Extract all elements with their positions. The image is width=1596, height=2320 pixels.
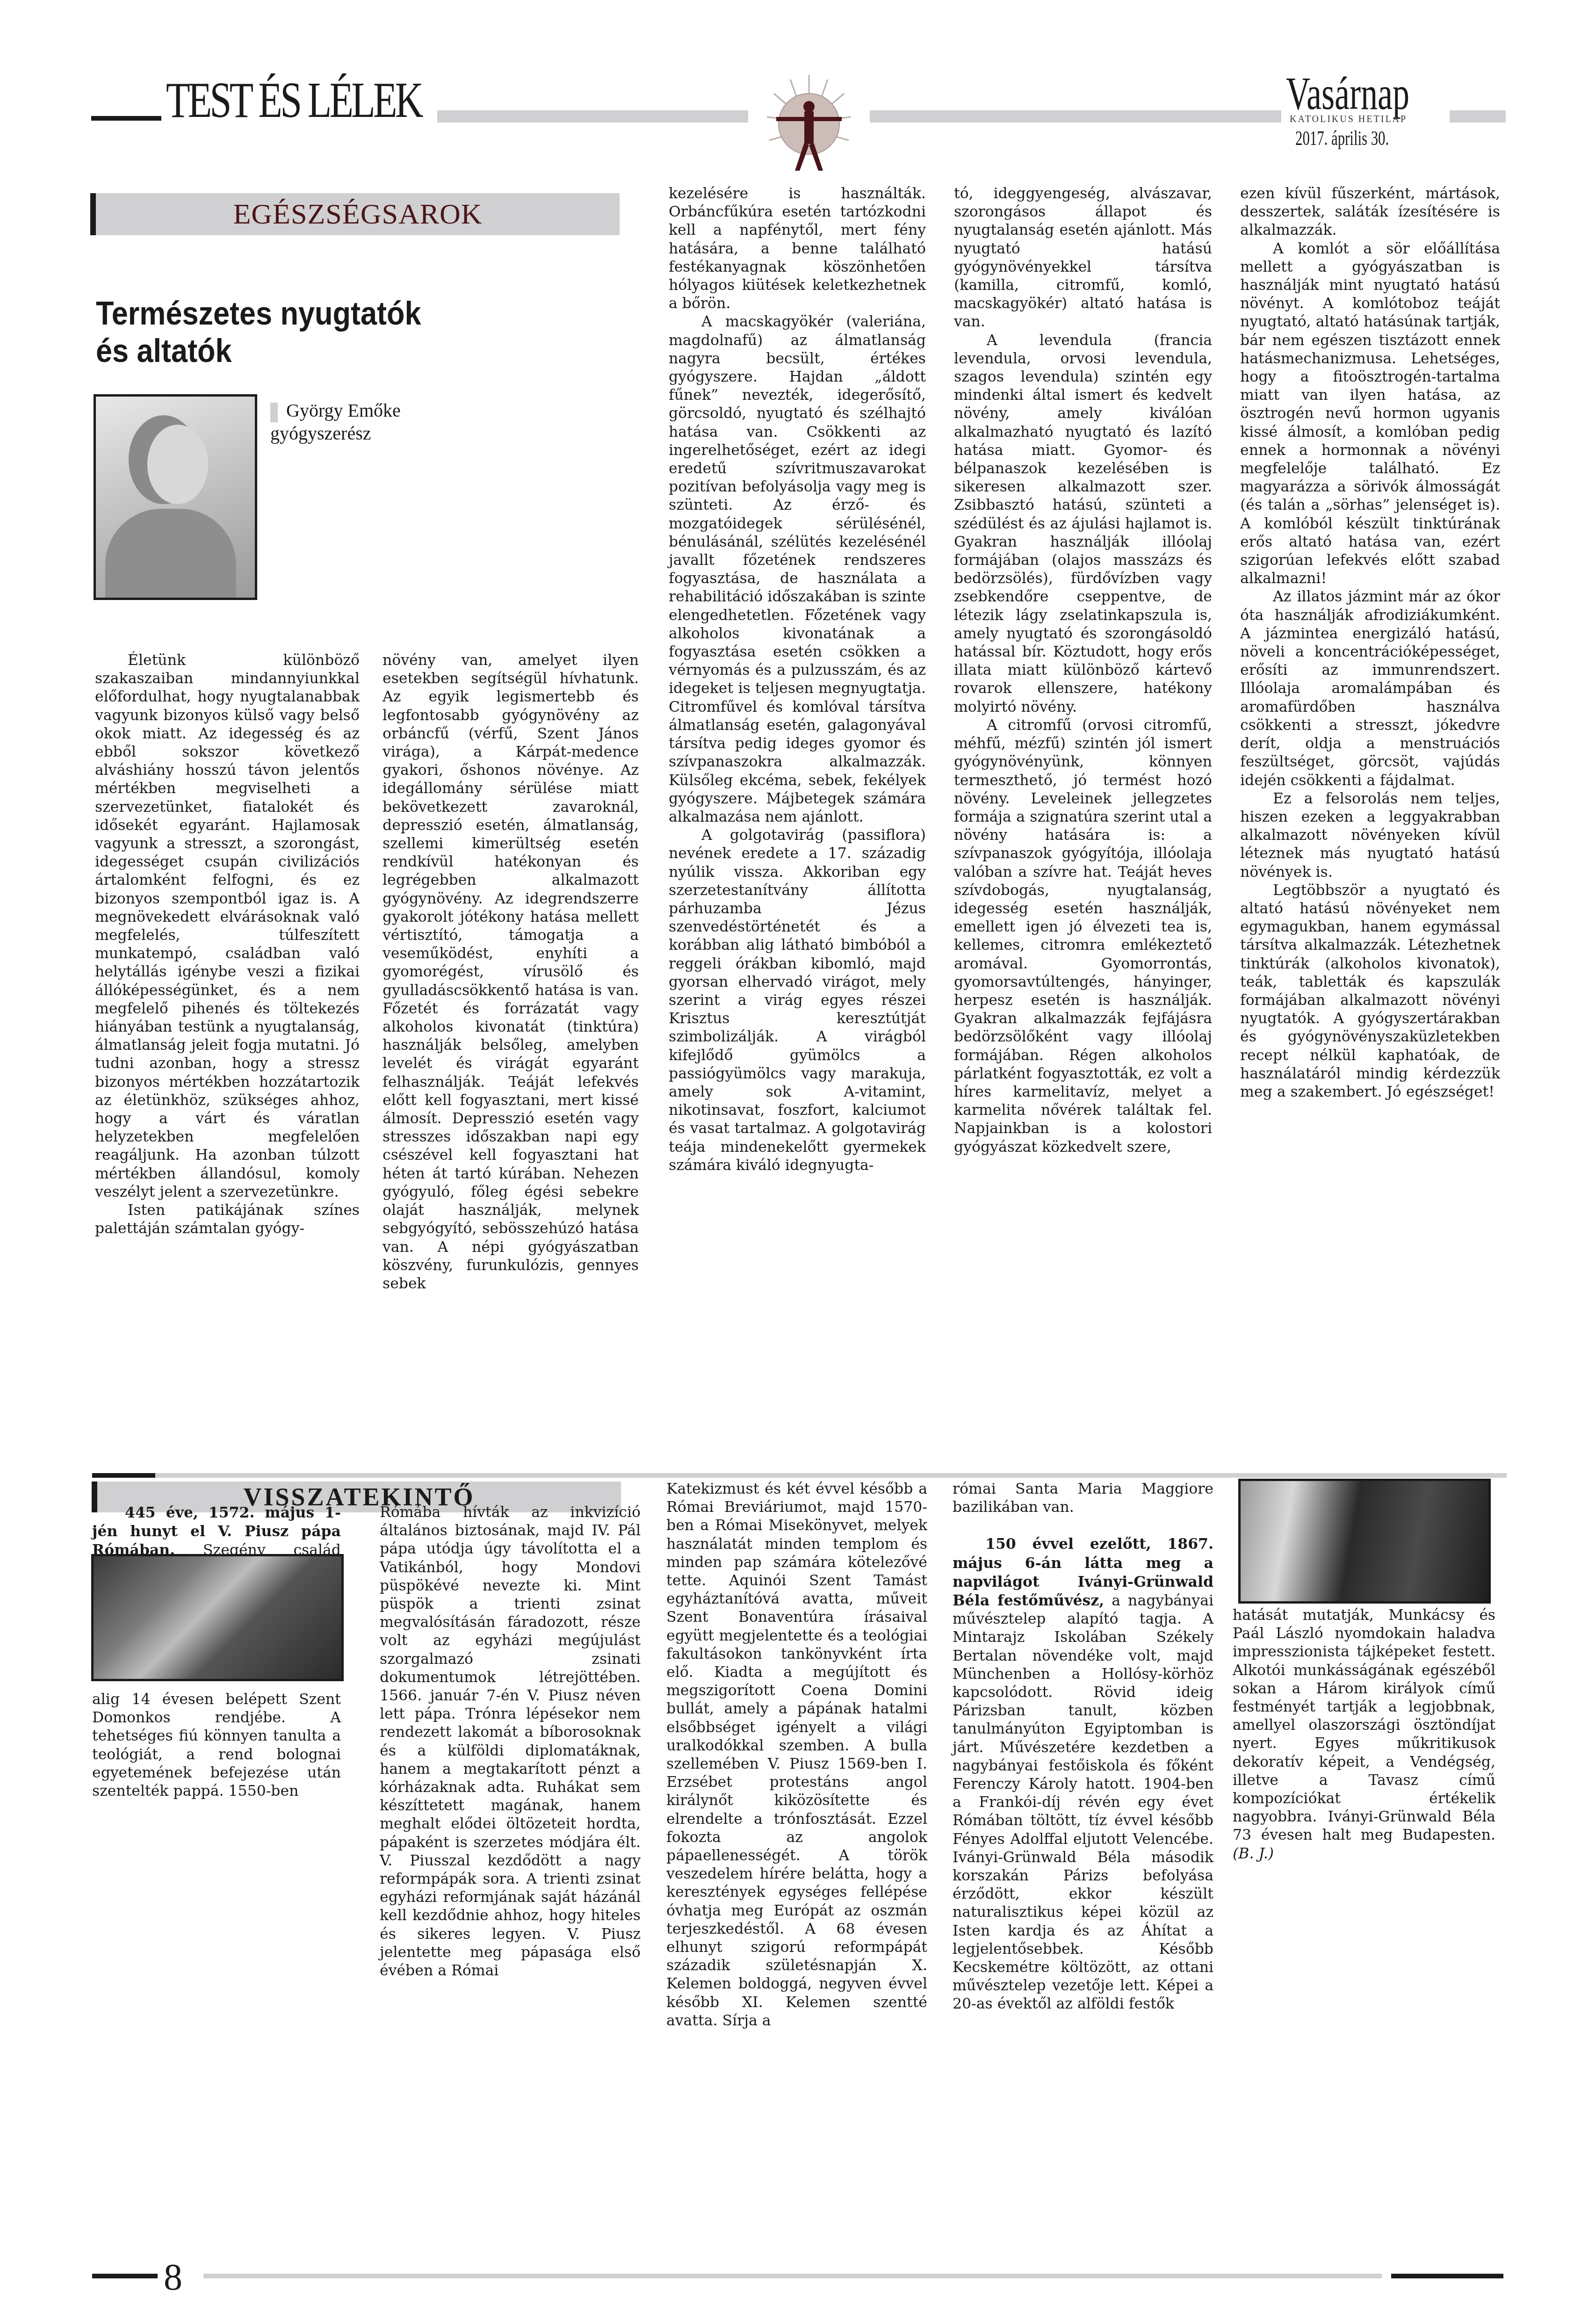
footer-black-bar-right [1391,2274,1503,2278]
section-title: TEST ÉS LÉLEK [166,75,421,126]
brand-logo: Vasárnap [1286,70,1409,117]
author-name: György Emőke [286,400,401,421]
byline: György Emőke gyógyszerész [270,399,401,445]
issue-date: 2017. április 30. [1295,126,1389,150]
author-photo [94,394,257,600]
article-title: Természetes nyugtatók és altatók [96,295,559,369]
article-column-4: tó, ideggyengeség, alvászavar, szorongás… [954,185,1212,1156]
retro-column-2: Rómába hívták az inkvizíció általános bi… [380,1503,641,1980]
header-rule-right [1450,110,1506,123]
footer-black-bar [92,2274,158,2278]
article-column-5: ezen kívül fűszerként, mártások, desszer… [1240,185,1500,1101]
ivanyi-grunwald-photo [1238,1479,1491,1604]
header-rule-left [437,110,748,123]
section-label: EGÉSZSÉGSAROK [233,198,482,231]
retro-column-4: római Santa Maria Maggiore bazilikában v… [953,1480,1213,2014]
retro-column-3: Katekizmust és két évvel később a Római … [666,1480,927,2030]
article-column-3: kezelésére is használták. Orbáncfűkúra e… [669,185,926,1175]
divider-black [92,1473,155,1478]
retro-column-5: hatását mutatják, Munkácsy és Paál Lászl… [1233,1606,1495,1863]
brand-subtitle: KATOLIKUS HETILAP [1290,114,1407,125]
divider-gray [155,1473,1507,1478]
article-column-2: növény van, amelyet ilyen esetekben segí… [383,651,639,1293]
byline-marker [270,403,278,422]
pius-v-painting [91,1554,344,1681]
author-role: gyógyszerész [270,422,401,445]
article-column-1: Életünk különböző szakaszaiban mindannyi… [95,651,360,1238]
retro-column-1-bottom: alig 14 évesen belépett Szent Domonkos r… [92,1691,341,1800]
vitruvian-man-icon [762,70,856,173]
page-number: 8 [164,2259,182,2296]
signature: (B. J.) [1233,1845,1274,1862]
header-black-bar [91,116,161,121]
header-rule-mid [870,110,1281,123]
footer-rule-gray [203,2274,1382,2278]
section-heading-health: EGÉSZSÉGSAROK [90,193,620,235]
